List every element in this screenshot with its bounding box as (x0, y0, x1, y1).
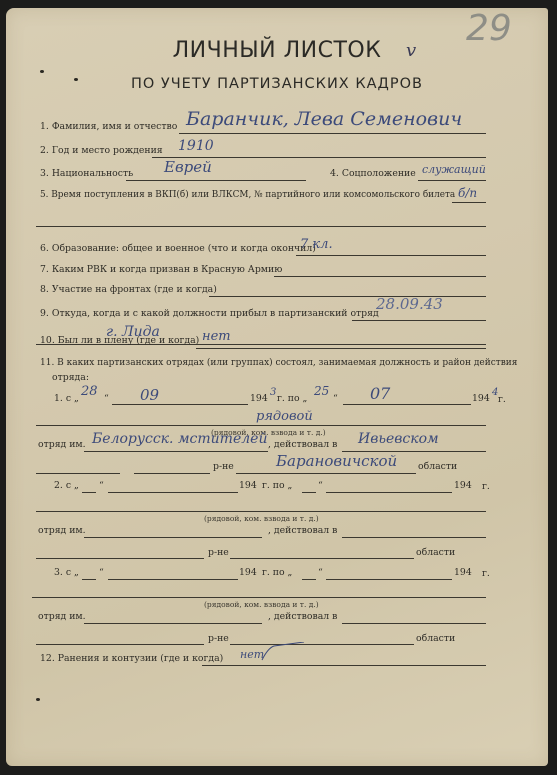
oblast-label: области (416, 547, 455, 558)
field-12-label: 12. Ранения и контузии (где и когда) (40, 653, 223, 664)
field-9-label: 9. Откуда, когда и с какой должности при… (40, 308, 379, 319)
field-7-line (274, 276, 486, 277)
field-4-label: 4. Соцположение (330, 168, 416, 179)
field-10-value[interactable]: нет (202, 329, 231, 344)
pen-stroke-mark (260, 642, 310, 664)
to-year-prefix: 194 (454, 480, 472, 491)
detachment-name-label: отряд им. (38, 611, 86, 622)
position-hint: (рядовой, ком. взвода и т. д.) (204, 514, 319, 523)
acted-in-line[interactable] (342, 623, 486, 624)
region-line[interactable] (230, 558, 414, 559)
detachment-name-label: отряд им. (38, 525, 86, 536)
from-year-digit[interactable]: 3 (270, 387, 276, 398)
position-hint: (рядовой, ком. взвода и т. д.) (204, 600, 319, 609)
to-prefix: г. по „ (277, 393, 307, 404)
field-1-line (179, 133, 486, 134)
detachment-name-line (84, 451, 268, 452)
region-line (236, 473, 416, 474)
quote-close: “ (99, 480, 104, 491)
field-11-label-cont: отряда: (52, 372, 89, 383)
field-5-label: 5. Время поступления в ВКП(б) или ВЛКСМ,… (40, 190, 455, 200)
detachment-name-line[interactable] (84, 623, 262, 624)
punch-hole-mark (36, 698, 40, 701)
from-prefix: 2. с „ (54, 480, 79, 491)
year-suffix: г. (482, 568, 490, 579)
field-8-line (209, 296, 486, 297)
year-suffix: г. (498, 394, 506, 405)
field-3-label: 3. Национальность (40, 168, 133, 179)
year-suffix: г. (482, 481, 490, 492)
region-line[interactable] (230, 644, 414, 645)
acted-in-label: , действовал в (268, 611, 337, 622)
field-4-line (418, 180, 486, 181)
district-line-b (134, 473, 210, 474)
field-11-label: 11. В каких партизанских отрядах (или гр… (40, 358, 517, 368)
field-4-value[interactable]: служащий (422, 163, 486, 176)
to-month-line[interactable] (326, 579, 452, 580)
from-month-line[interactable] (108, 492, 238, 493)
district-line[interactable] (36, 558, 204, 559)
document-sheet: ЛИЧНЫЙ ЛИСТОК ПО УЧЕТУ ПАРТИЗАНСКИХ КАДР… (6, 8, 548, 766)
field-10-label: 10. Был ли в плену (где и когда) (40, 335, 199, 346)
to-prefix: г. по „ (262, 567, 292, 578)
field-6-line (296, 255, 486, 256)
to-month-line[interactable] (326, 492, 452, 493)
oblast-label: области (416, 633, 455, 644)
detachment-name-label: отряд им. (38, 439, 86, 450)
oblast-label: области (418, 461, 457, 472)
to-day-line[interactable] (302, 492, 316, 493)
quote-close: “ (318, 480, 323, 491)
document-subtitle: ПО УЧЕТУ ПАРТИЗАНСКИХ КАДРОВ (6, 76, 548, 92)
field-5-value[interactable]: б/п (458, 186, 477, 200)
position-value[interactable]: рядовой (256, 409, 313, 424)
quote-close: “ (318, 567, 323, 578)
quote-close: “ (333, 393, 338, 404)
acted-in-label: , действовал в (268, 439, 337, 450)
quote-close: “ (99, 567, 104, 578)
from-month-line[interactable] (108, 579, 238, 580)
field-3-value[interactable]: Еврей (164, 158, 212, 176)
field-2-label: 2. Год и место рождения (40, 145, 163, 156)
to-year-prefix: 194 (472, 393, 490, 404)
from-day[interactable]: 28 (81, 384, 98, 399)
check-mark: v (406, 40, 416, 61)
to-month-line (343, 404, 471, 405)
to-month[interactable]: 07 (370, 384, 390, 403)
field-1-value[interactable]: Баранчик, Лева Семенович (186, 108, 462, 130)
detachment-name-line[interactable] (84, 537, 262, 538)
from-day-line[interactable] (82, 492, 96, 493)
field-9-line (352, 320, 486, 321)
from-month-line (112, 404, 248, 405)
punch-hole-mark (40, 70, 44, 73)
from-year-prefix: 194 (239, 480, 257, 491)
from-month[interactable]: 09 (140, 386, 159, 404)
field-7-label: 7. Каким РВК и когда призван в Красную А… (40, 264, 282, 275)
field-5-line-2 (36, 226, 486, 227)
field-8-label: 8. Участие на фронтах (где и когда) (40, 284, 217, 295)
from-year-prefix: 194 (250, 393, 268, 404)
position-line[interactable] (36, 511, 486, 512)
to-year-prefix: 194 (454, 567, 472, 578)
acted-in-value[interactable]: Ивьевском (358, 431, 439, 447)
field-6-value[interactable]: 7 кл. (300, 237, 333, 252)
detachment-name-value[interactable]: Белорусск. мстителей (92, 431, 267, 447)
quote-close: “ (104, 393, 109, 404)
region-value[interactable]: Барановичской (276, 452, 397, 470)
punch-hole-mark (74, 78, 78, 81)
district-line[interactable] (36, 644, 204, 645)
field-2-value[interactable]: 1910 (178, 138, 214, 154)
position-line[interactable] (32, 597, 486, 598)
to-prefix: г. по „ (262, 480, 292, 491)
from-year-prefix: 194 (239, 567, 257, 578)
from-prefix: 1. с „ (54, 393, 79, 404)
district-label: р-не (213, 461, 234, 472)
field-5-line (452, 202, 486, 203)
from-day-line[interactable] (82, 579, 96, 580)
field-9-value[interactable]: 28.09.43 (376, 295, 443, 313)
field-12-line (202, 665, 486, 666)
from-prefix: 3. с „ (54, 567, 79, 578)
district-line-a (36, 473, 120, 474)
district-label: р-не (208, 547, 229, 558)
to-day[interactable]: 25 (314, 384, 329, 398)
acted-in-line[interactable] (342, 537, 486, 538)
to-day-line[interactable] (302, 579, 316, 580)
field-1-label: 1. Фамилия, имя и отчество (40, 121, 177, 132)
acted-in-label: , действовал в (268, 525, 337, 536)
district-label: р-не (208, 633, 229, 644)
field-10-line (196, 348, 486, 349)
field-6-label: 6. Образование: общее и военное (что и к… (40, 243, 316, 254)
sheet-number: 29 (466, 8, 512, 49)
field-3-line (126, 180, 306, 181)
position-line (36, 425, 486, 426)
